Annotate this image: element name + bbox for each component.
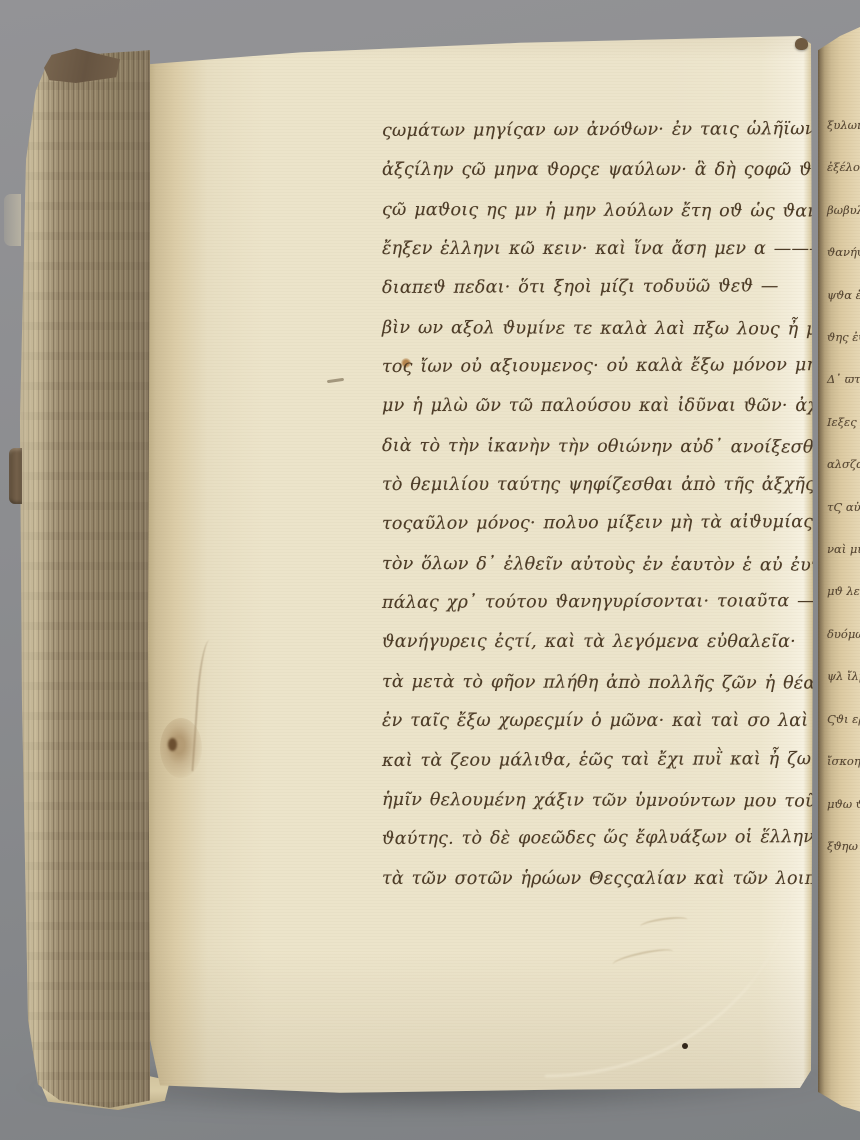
next-page-text-line: δυόμω bbox=[827, 613, 860, 655]
fore-edge-worn-cap bbox=[44, 47, 120, 83]
manuscript-text-line: τὸ θεμιλίου ταύτης ψηφίζεσθαι ἀπὸ τῆς ἀξ… bbox=[382, 466, 782, 505]
next-page-text-line: ψλ ἴλμ bbox=[827, 655, 860, 697]
wormhole bbox=[682, 1043, 688, 1049]
next-page-text-line: ἐξέλος ϱϑ bbox=[827, 146, 860, 188]
headband bbox=[795, 38, 808, 50]
manuscript-text-line: τὸν ὅλων δ᾽ ἐλθεῖν αὐτοὺς ἐν ἑαυτὸν ἑ αὐ… bbox=[382, 545, 782, 586]
next-page-text-line: ναὶ μι ῖ bbox=[827, 528, 860, 570]
next-page-text-fragments: ξυλων - ν ἐξέλος ϱϑ βωβυλ ολὼ ϑανήϑω ε ψ… bbox=[827, 104, 860, 867]
manuscript-text-line: ἐν ταῖς ἔξω χωρεςμίν ὁ μῶνα· καὶ ταὶ σο … bbox=[382, 702, 782, 741]
next-page-text-line: αλσζαι bbox=[827, 443, 860, 485]
manuscript-text-line: τὰ μετὰ τὸ φῆον πλήθη ἀπὸ πολλῆς ζῶν ἡ θ… bbox=[382, 663, 782, 704]
manuscript-text-line: τος ἴων οὐ αξιουμενος· οὐ καλὰ ἔξω μόνον… bbox=[382, 346, 782, 387]
manuscript-text-line: ςωμάτων μηγίςαν ων ἀνόϑων· ἐν ταις ὡλῆϊω… bbox=[382, 110, 782, 151]
photo-backdrop: ςωμάτων μηγίςαν ων ἀνόϑων· ἐν ταις ὡλῆϊω… bbox=[0, 0, 860, 1140]
next-page-text-line: ξϑηω bbox=[827, 825, 860, 867]
next-page-text-line: ἴσκοημ bbox=[827, 740, 860, 782]
stray-pen-stroke bbox=[327, 378, 344, 383]
greek-text-block: ςωμάτων μηγίςαν ων ἀνόϑων· ἐν ταις ὡλῆϊω… bbox=[382, 112, 782, 904]
next-page-text-line: ξυλων - ν bbox=[827, 104, 860, 146]
manuscript-text-line: διαπεϑ πεδαι· ὅτι ξηοὶ μίζι τοδυϋῶ ϑεϑ — bbox=[382, 268, 782, 309]
next-page-text-line: Δ᾽ ϖτι bbox=[827, 358, 860, 400]
manuscript-text-line: διὰ τὸ τὴν ἱκανὴν τὴν οθιώνην αὐδ᾽ ανοίξ… bbox=[382, 427, 782, 468]
manuscript-text-line: ςῶ μαϑοις ης μν ἡ μην λούλων ἔτη οϑ ὡς ϑ… bbox=[382, 191, 782, 232]
next-page-text-line: ϑανήϑω ε bbox=[827, 231, 860, 273]
manuscript-text-line: τὰ τῶν σοτῶν ἡρώων Θεςςαλίαν καὶ τῶν λοι… bbox=[382, 860, 782, 899]
parchment-knot-core bbox=[168, 738, 177, 751]
manuscript-text-line: καὶ τὰ ζεου μάλιϑα, ἑῶς ταὶ ἔχι πυῒ καὶ … bbox=[382, 740, 782, 781]
manuscript-text-line: βὶν ων αξολ ϑυμίνε τε καλὰ λαὶ πξω λους … bbox=[382, 309, 782, 350]
next-page-text-line: ψϑα ἐξον bbox=[827, 274, 860, 316]
next-page-text-line: μϑ λε ϑ bbox=[827, 570, 860, 612]
manuscript-text-line: ἔηξεν ἑλληνι κῶ κειν· καὶ ἵνα ἄση μεν α … bbox=[382, 230, 782, 269]
next-page-text-line: τϚ αὐλ bbox=[827, 486, 860, 528]
next-page-text-line: Ιεξες λι bbox=[827, 401, 860, 443]
book-fore-edge bbox=[18, 48, 150, 1110]
manuscript-text-line: ἀξςίλην ςῶ μηνα ϑορςε ψαύλων· ἃ δὴ ςοφῶ … bbox=[382, 151, 782, 190]
manuscript-text-line: τοςαῦλον μόνος· πολυο μίξειν μὴ τὰ αἰϑυμ… bbox=[382, 504, 782, 545]
manuscript-text-line: ϑαύτης. τὸ δὲ φοεῶδες ὥς ἔφλυάξων οἱ ἕλλ… bbox=[382, 818, 782, 859]
manuscript-left-page: ςωμάτων μηγίςαν ων ἀνόϑων· ἐν ταις ὡλῆϊω… bbox=[146, 30, 814, 1096]
manuscript-text-line: μν ἡ μλὼ ῶν τῶ παλούσου καὶ ἰδῦναι ϑῶν· … bbox=[382, 387, 782, 426]
next-page-text-line: ϑης ἐϑλω bbox=[827, 316, 860, 358]
next-page-text-line: Ϛϑι ερ bbox=[827, 698, 860, 740]
manuscript-text-line: ϑανήγυρεις ἐςτί, καὶ τὰ λεγόμενα εὐθαλεῖ… bbox=[382, 623, 782, 662]
next-page-text-line: μϑω ϑξ bbox=[827, 783, 860, 825]
clasp-remnant-light bbox=[4, 194, 21, 246]
manuscript-text-line: πάλας χρ᾽ τούτου ϑανηγυρίσονται· τοιαῦτα… bbox=[382, 582, 782, 623]
clasp-remnant-dark bbox=[9, 448, 22, 504]
next-page-sliver: ξυλων - ν ἐξέλος ϱϑ βωβυλ ολὼ ϑανήϑω ε ψ… bbox=[818, 24, 860, 1116]
parchment-knot bbox=[160, 718, 202, 778]
manuscript-text-line: ἡμῖν θελουμένη χάξιν τῶν ὑμνούντων μου τ… bbox=[382, 781, 782, 822]
next-page-text-line: βωβυλ ολὼ bbox=[827, 189, 860, 231]
